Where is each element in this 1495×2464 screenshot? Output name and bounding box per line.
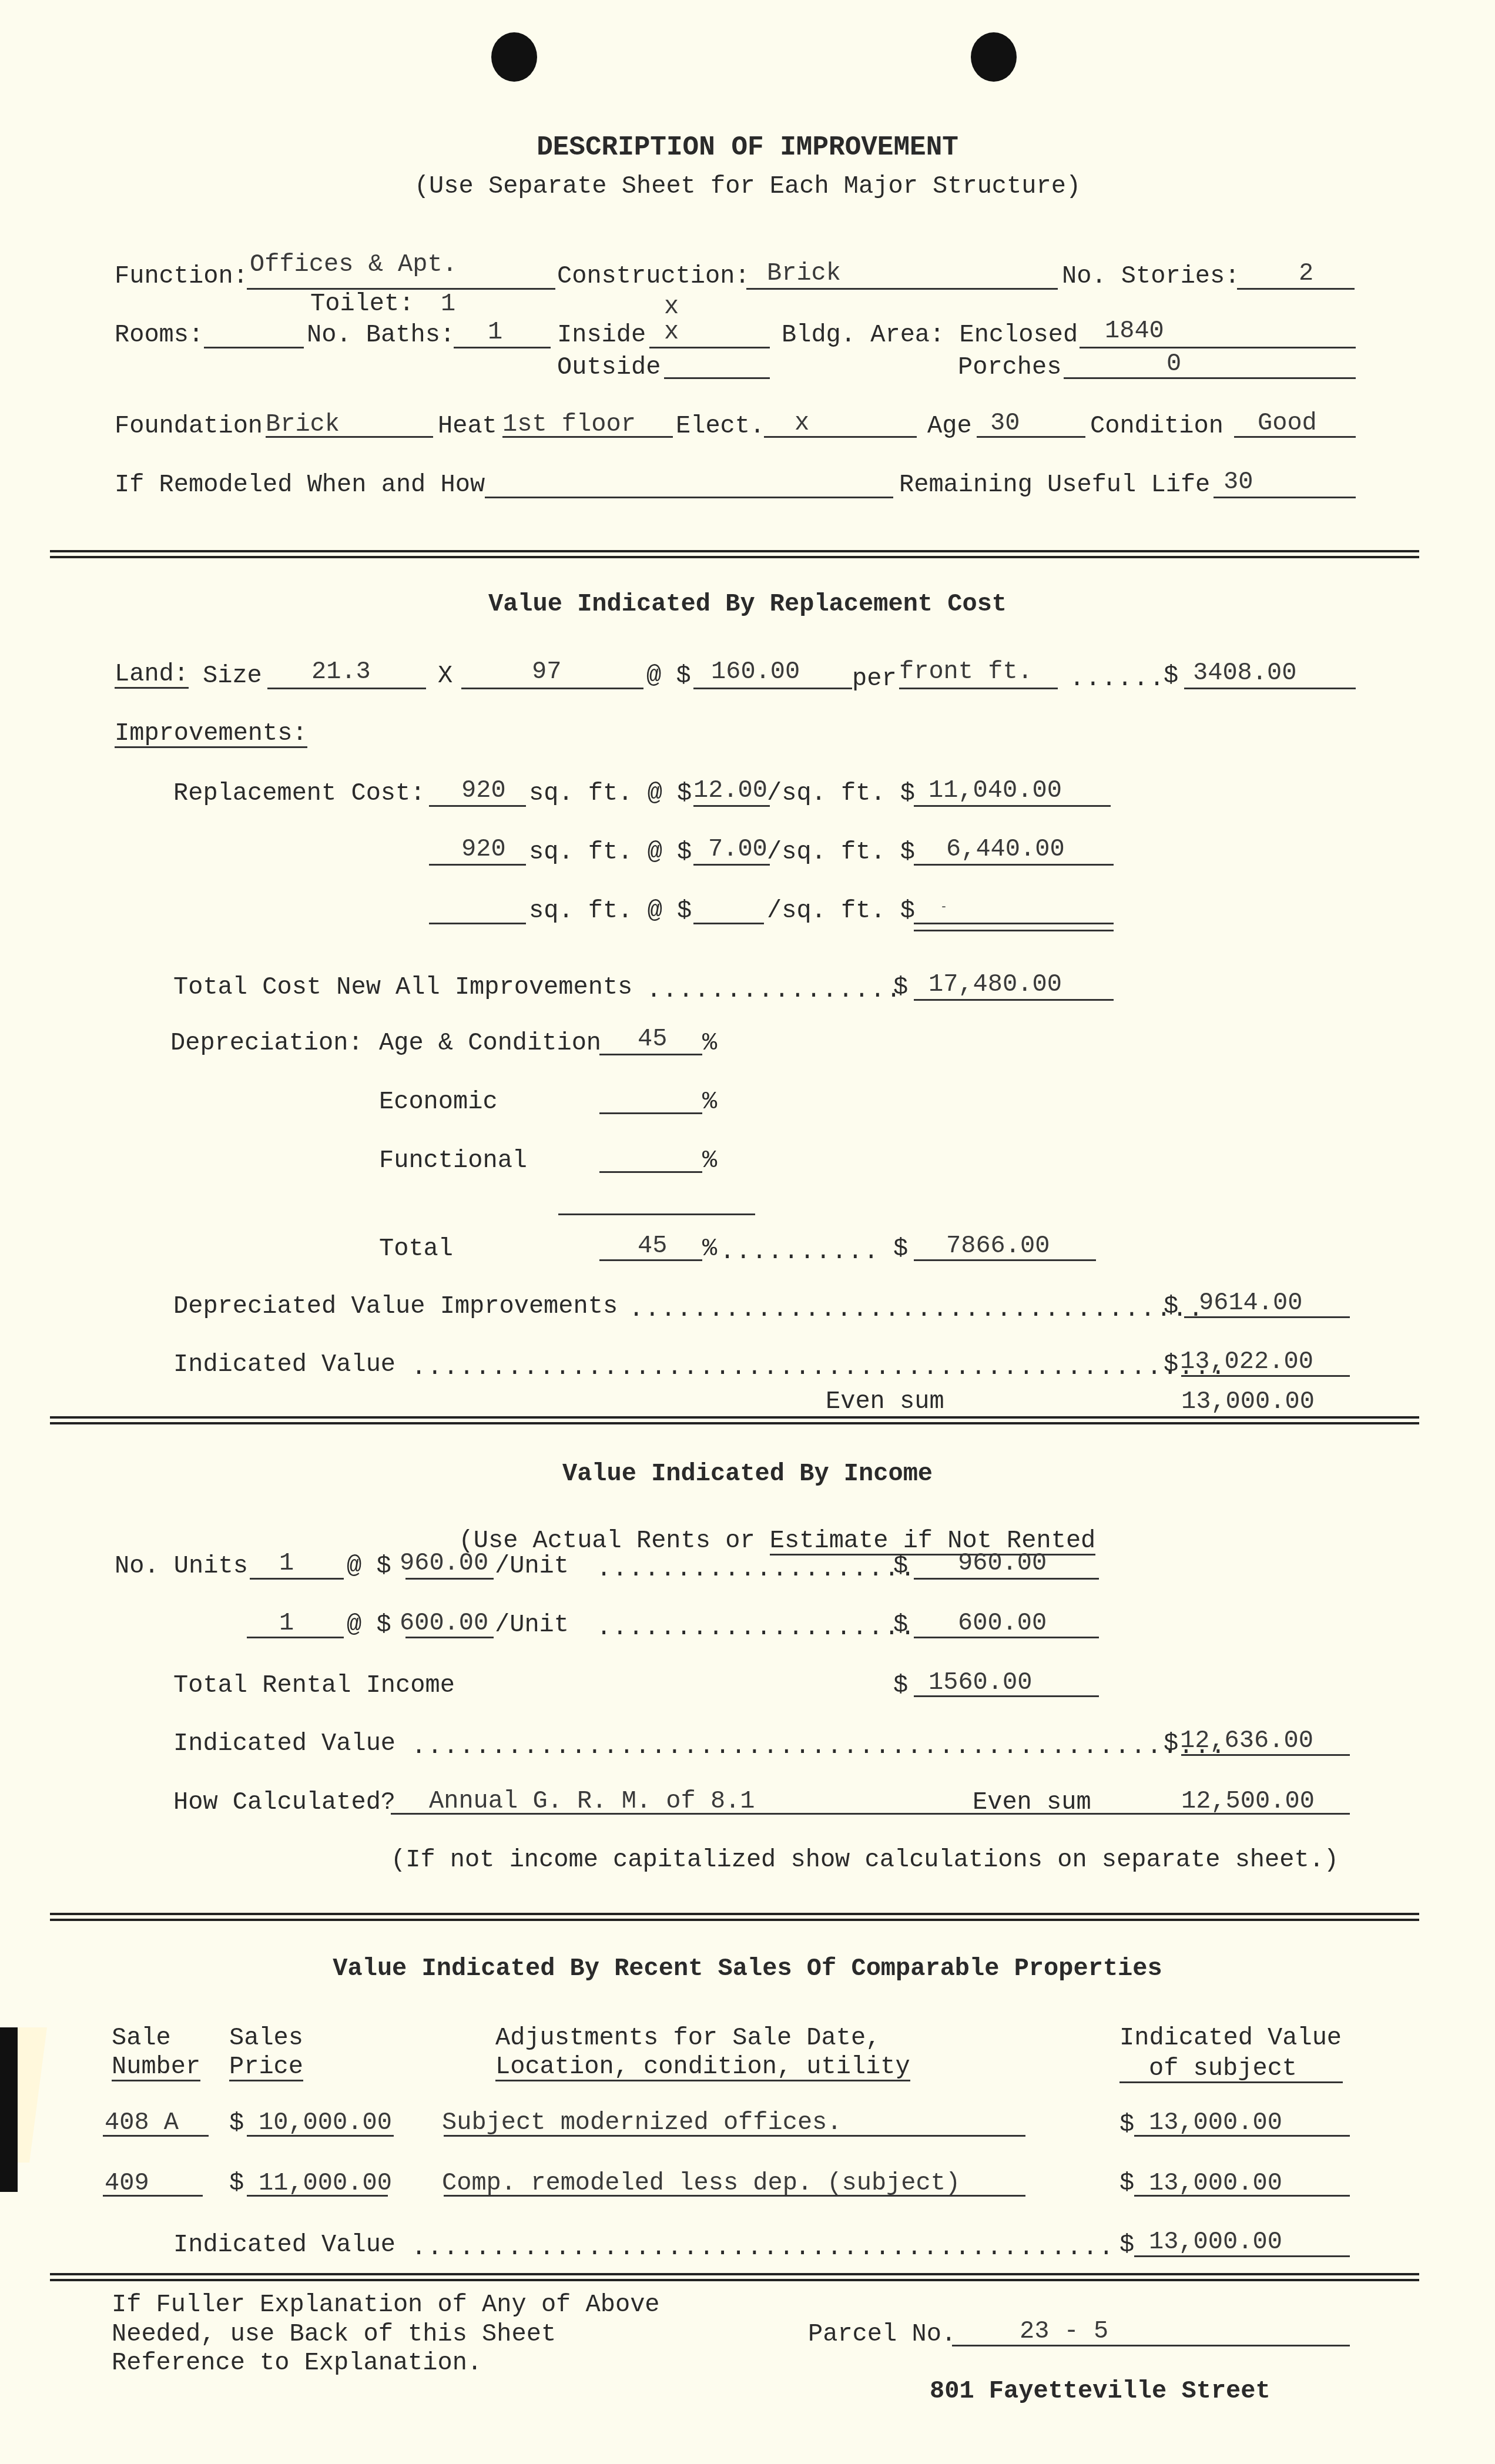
row2-number[interactable]: 409 [105, 2168, 149, 2198]
footer-note-line1: If Fuller Explanation of Any of Above [112, 2290, 660, 2319]
useful-life-label: Remaining Useful Life [899, 470, 1210, 499]
depreciated-value[interactable]: 9614.00 [1199, 1288, 1302, 1318]
total-cost-dollar: $ [893, 973, 908, 1002]
total-dep-dots: .......... [720, 1237, 880, 1266]
even-sum-label: Even sum [826, 1387, 944, 1416]
replacement-row3-per-sqft: /sq. ft. $ [767, 896, 915, 926]
improvements-label: Improvements: [115, 720, 307, 748]
remodeled-field-line [485, 497, 893, 498]
total-cost-line [914, 999, 1114, 1001]
row1-price-dollar: $ [229, 2108, 244, 2138]
row2-adjustment[interactable]: Comp. remodeled less dep. (subject) [442, 2168, 960, 2198]
age-condition-pct: % [702, 1028, 717, 1058]
depreciation-sum-line [558, 1213, 755, 1215]
replacement-row3-rate-line [693, 923, 764, 924]
units-row1-dollar: $ [893, 1551, 908, 1581]
depreciated-label: Depreciated Value Improvements [173, 1292, 618, 1321]
parcel-value[interactable]: 23 - 5 [1020, 2317, 1108, 2346]
outside-field-line [664, 377, 770, 379]
stories-label: No. Stories: [1062, 262, 1239, 291]
punch-hole-left [491, 32, 537, 82]
replacement-row1-rate[interactable]: 12.00 [693, 776, 767, 805]
col-sales-price-line1: Sales [229, 2023, 303, 2053]
units-row2-line [247, 1637, 344, 1638]
bldg-area-label: Bldg. Area: Enclosed [782, 320, 1078, 350]
income-indicated-label: Indicated Value [173, 1729, 395, 1758]
elect-field-line [764, 436, 917, 438]
page-edge-shadow [0, 2027, 18, 2192]
heat-label: Heat [438, 411, 497, 441]
replacement-row2-sqft-label: sq. ft. @ $ [529, 837, 692, 867]
units-row1-count[interactable]: 1 [279, 1548, 294, 1578]
inside-field[interactable]: x [664, 317, 679, 347]
total-cost-value[interactable]: 17,480.00 [928, 970, 1062, 999]
units-row1-line [250, 1578, 344, 1580]
replacement-row2-sqft[interactable]: 920 [461, 834, 506, 864]
units-row2-dollar: $ [893, 1610, 908, 1640]
porches-field[interactable]: 0 [1166, 349, 1181, 378]
x-label: X [438, 661, 452, 690]
inside-label: Inside [557, 320, 646, 350]
replacement-row1-amount-line [914, 805, 1111, 807]
row1-adjustment[interactable]: Subject modernized offices. [442, 2108, 842, 2137]
replacement-row3-sqft-line [429, 923, 526, 924]
size-depth-line [461, 688, 643, 689]
units-row2-amount[interactable]: 600.00 [958, 1608, 1047, 1638]
replacement-label: Replacement Cost: [173, 779, 425, 808]
baths-label: No. Baths: [307, 320, 455, 350]
indicated-dollar: $ [1164, 1350, 1178, 1379]
income-indicated-dots: ........................................… [411, 1732, 1226, 1761]
even-sum-value[interactable]: 13,000.00 [1181, 1387, 1315, 1416]
per-unit-line [899, 688, 1058, 689]
row2-value[interactable]: 13,000.00 [1149, 2168, 1282, 2198]
income-subheading-prefix: (Use Actual Rents or [459, 1527, 770, 1555]
income-even-sum-label: Even sum [973, 1788, 1091, 1817]
income-even-sum-value[interactable]: 12,500.00 [1181, 1786, 1315, 1816]
total-dep-pct-sign: % [702, 1234, 717, 1263]
row1-value-dollar: $ [1119, 2110, 1134, 2139]
total-cost-dots: ................ [646, 975, 902, 1005]
torn-paper-tab [18, 2027, 47, 2163]
total-dep-dollar: $ [893, 1234, 908, 1263]
heat-field[interactable]: 1st floor [502, 410, 636, 439]
units-row1-at: @ $ [347, 1551, 391, 1581]
function-label: Function: [115, 262, 248, 291]
size-width-field[interactable]: 21.3 [311, 657, 371, 686]
replacement-row2-amount-line [914, 864, 1114, 866]
col-adjustments-line1: Adjustments for Sale Date, [495, 2023, 880, 2053]
land-dots: ...... [1070, 664, 1165, 693]
toilet-field[interactable]: 1 [441, 289, 455, 319]
useful-life-field[interactable]: 30 [1224, 467, 1253, 497]
col-indicated-value-underline [1119, 2081, 1343, 2083]
footer-note-line3: Reference to Explanation. [112, 2348, 482, 2378]
depreciation-label: Depreciation: [170, 1028, 363, 1058]
section-divider [50, 2273, 1419, 2281]
land-dollar: $ [1164, 661, 1178, 690]
parcel-line [952, 2345, 1350, 2346]
replacement-row1-amount[interactable]: 11,040.00 [928, 776, 1062, 805]
foundation-label: Foundation [115, 411, 263, 441]
row1-number[interactable]: 408 A [105, 2108, 179, 2137]
replacement-heading: Value Indicated By Replacement Cost [0, 589, 1495, 619]
age-field[interactable]: 30 [990, 408, 1020, 438]
baths-field-line [454, 347, 551, 348]
indicated-label: Indicated Value [173, 1350, 395, 1379]
how-calc-label: How Calculated? [173, 1788, 395, 1817]
economic-line [599, 1112, 702, 1114]
how-calc-value[interactable]: Annual G. R. M. of 8.1 [429, 1786, 755, 1816]
elect-label: Elect. [676, 411, 765, 441]
units-label: No. Units [115, 1551, 248, 1581]
economic-pct: % [702, 1087, 717, 1117]
replacement-row3-sqft-label: sq. ft. @ $ [529, 896, 692, 926]
rooms-label: Rooms: [115, 320, 203, 350]
sales-indicated-dollar: $ [1119, 2230, 1134, 2259]
replacement-row2-rate-line [693, 864, 770, 866]
size-label: Size [203, 661, 262, 690]
useful-life-field-line [1214, 497, 1356, 498]
units-row2-dots: .................... [596, 1613, 916, 1642]
replacement-row2-sqft-line [429, 864, 526, 866]
per-unit-field[interactable]: front ft. [899, 657, 1033, 686]
col-sales-price-line2: Price [229, 2054, 303, 2081]
porches-field-line [1064, 377, 1356, 379]
depreciated-dollar: $ [1164, 1292, 1178, 1321]
replacement-row2-rate[interactable]: 7.00 [708, 834, 767, 864]
economic-label: Economic [379, 1087, 498, 1117]
age-condition-line [599, 1054, 702, 1055]
row2-price[interactable]: 11,000.00 [259, 2168, 392, 2198]
replacement-row3-amount-line2 [914, 930, 1114, 931]
size-width-line [267, 688, 426, 689]
condition-field[interactable]: Good [1258, 408, 1317, 438]
units-row1-dots: .................... [596, 1554, 916, 1584]
replacement-row1-rate-line [693, 805, 770, 807]
functional-pct: % [702, 1146, 717, 1175]
col-sale-number-line2: Number [112, 2054, 200, 2081]
units-row1-rate-line [405, 1578, 494, 1580]
units-row1-rate[interactable]: 960.00 [400, 1548, 488, 1578]
total-dep-label: Total [379, 1234, 453, 1263]
sales-indicated-dots: ........................................… [411, 2233, 1115, 2262]
replacement-row2-amount[interactable]: 6,440.00 [946, 834, 1065, 864]
col-indicated-value-line1: Indicated Value [1119, 2023, 1342, 2053]
replacement-row1-sqft-line [429, 805, 526, 807]
foundation-field[interactable]: Brick [266, 410, 340, 439]
total-dep-value[interactable]: 7866.00 [946, 1231, 1050, 1261]
indicated-dots: ........................................… [411, 1353, 1226, 1382]
toilet-label: Toilet: [310, 289, 414, 319]
total-rental-value[interactable]: 1560.00 [928, 1668, 1032, 1697]
replacement-row1-sqft[interactable]: 920 [461, 776, 506, 805]
construction-field-line [746, 288, 1058, 290]
total-dep-pct[interactable]: 45 [638, 1231, 667, 1261]
enclosed-field[interactable]: 1840 [1105, 316, 1164, 346]
property-address: 801 Fayetteville Street [930, 2376, 1271, 2406]
depreciated-dots: .................................... [629, 1295, 1204, 1324]
units-row2-at: @ $ [347, 1610, 391, 1640]
porches-label: Porches [958, 353, 1061, 382]
enclosed-field-line [1080, 347, 1356, 348]
size-depth-field[interactable]: 97 [532, 657, 561, 686]
row2-price-dollar: $ [229, 2168, 244, 2198]
units-row1-per: /Unit [495, 1551, 569, 1581]
baths-field[interactable]: 1 [488, 317, 502, 347]
construction-label: Construction: [557, 262, 750, 291]
income-note: (If not income capitalized show calculat… [391, 1845, 1339, 1875]
replacement-row2-per-sqft: /sq. ft. $ [767, 837, 915, 867]
section-divider [50, 550, 1419, 558]
age-label: Age [927, 411, 972, 441]
construction-field[interactable]: Brick [767, 259, 841, 288]
units-row1-amount[interactable]: 960.00 [958, 1548, 1047, 1578]
replacement-row1-sqft-label: sq. ft. @ $ [529, 779, 692, 808]
functional-line [599, 1171, 702, 1173]
row1-value[interactable]: 13,000.00 [1149, 2108, 1282, 2137]
income-indicated-value[interactable]: 12,636.00 [1180, 1726, 1313, 1755]
age-condition-label: Age & Condition [379, 1028, 601, 1058]
indicated-value[interactable]: 13,022.00 [1180, 1347, 1313, 1376]
units-row2-per: /Unit [495, 1610, 569, 1640]
total-cost-label: Total Cost New All Improvements [173, 973, 632, 1002]
parcel-label: Parcel No. [808, 2319, 956, 2349]
income-indicated-dollar: $ [1164, 1729, 1178, 1758]
stories-field-line [1237, 288, 1355, 290]
remodeled-label: If Remodeled When and How [115, 470, 485, 499]
units-row2-count[interactable]: 1 [279, 1608, 294, 1638]
units-row1-amount-line [914, 1578, 1099, 1580]
function-field[interactable]: Offices & Apt. [250, 250, 457, 279]
sales-heading: Value Indicated By Recent Sales Of Compa… [0, 1954, 1495, 1983]
total-rental-label: Total Rental Income [173, 1671, 455, 1700]
page-title: DESCRIPTION OF IMPROVEMENT [0, 133, 1495, 162]
punch-hole-right [971, 32, 1017, 82]
replacement-row3-amount-line [914, 923, 1114, 924]
replacement-row3-amount[interactable]: - [940, 893, 947, 923]
col-indicated-value-line2: of subject [1149, 2054, 1297, 2083]
land-label: Land: [115, 661, 189, 689]
row2-value-dollar: $ [1119, 2168, 1134, 2198]
section-divider [50, 1416, 1419, 1424]
outside-label: Outside [557, 353, 661, 382]
sales-indicated-label: Indicated Value [173, 2230, 395, 2259]
income-heading: Value Indicated By Income [0, 1459, 1495, 1489]
section-divider [50, 1913, 1419, 1921]
col-adjustments-line2: Location, condition, utility [495, 2054, 910, 2081]
page-subtitle: (Use Separate Sheet for Each Major Struc… [0, 172, 1495, 201]
per-label: per [852, 664, 897, 693]
footer-note-line2: Needed, use Back of this Sheet [112, 2319, 556, 2349]
row1-price[interactable]: 10,000.00 [259, 2108, 392, 2137]
condition-label: Condition [1090, 411, 1224, 441]
elect-field[interactable]: x [795, 408, 809, 438]
functional-label: Functional [379, 1146, 527, 1175]
land-value-field[interactable]: 3408.00 [1193, 658, 1296, 688]
land-value-line [1184, 688, 1356, 689]
col-sale-number-line1: Sale [112, 2023, 171, 2053]
total-rental-dollar: $ [893, 1671, 908, 1700]
stories-field[interactable]: 2 [1299, 259, 1313, 288]
units-row2-rate[interactable]: 600.00 [400, 1608, 488, 1638]
land-at-label: @ $ [646, 661, 691, 690]
inside-field-line [649, 347, 770, 348]
land-rate-field[interactable]: 160.00 [711, 657, 800, 686]
age-condition-value[interactable]: 45 [638, 1024, 667, 1054]
land-rate-line [693, 688, 852, 689]
sales-indicated-value[interactable]: 13,000.00 [1149, 2227, 1282, 2257]
replacement-row1-per-sqft: /sq. ft. $ [767, 779, 915, 808]
rooms-field-line [204, 347, 304, 348]
